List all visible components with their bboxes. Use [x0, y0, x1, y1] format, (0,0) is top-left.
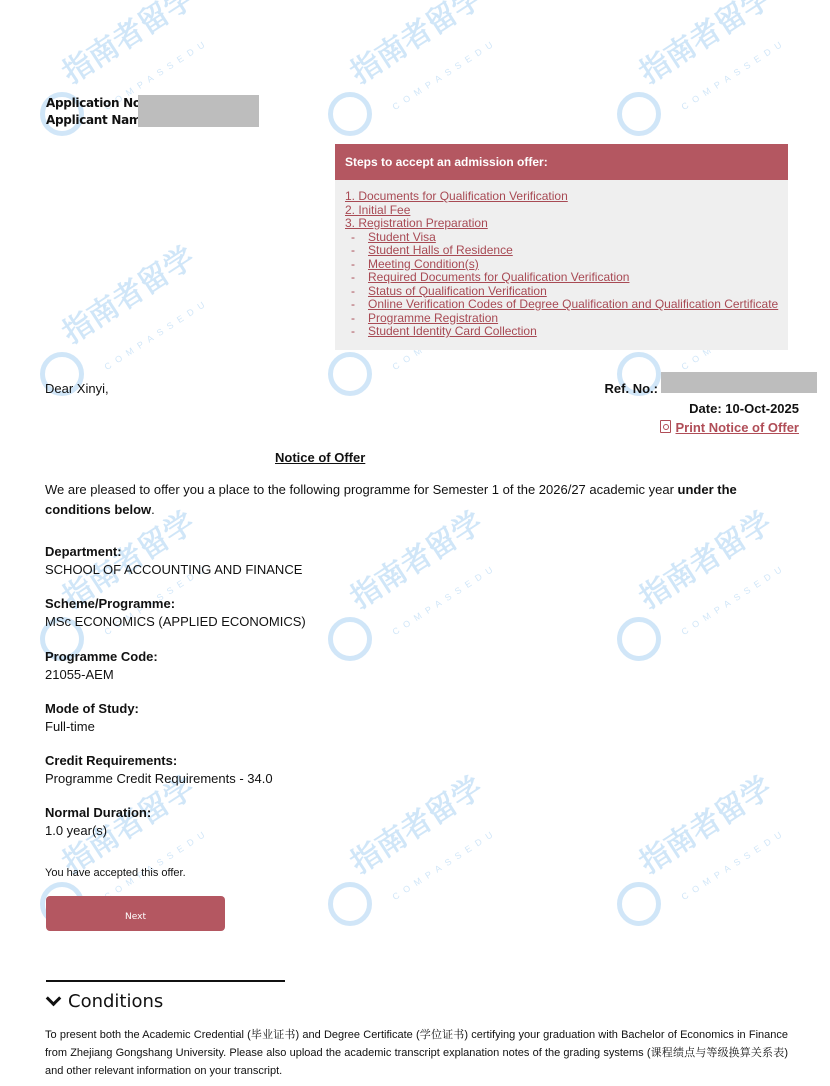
steps-panel: Steps to accept an admission offer: 1. D…: [335, 144, 788, 350]
ref-no-label: Ref. No.:: [605, 381, 658, 396]
offer-intro: We are pleased to offer you a place to t…: [45, 480, 790, 520]
bullet-dash: -: [345, 298, 368, 312]
watermark-circle-icon: [328, 92, 372, 136]
field-value: Full-time: [45, 718, 306, 736]
application-no-label: Application No.:: [46, 95, 150, 112]
section-divider: [46, 980, 285, 982]
step-link-required-documents[interactable]: Required Documents for Qualification Ver…: [368, 271, 629, 285]
bullet-dash: -: [345, 285, 368, 299]
salutation: Dear Xinyi,: [45, 381, 109, 396]
field-department: Department: SCHOOL OF ACCOUNTING AND FIN…: [45, 543, 306, 595]
field-credit-requirements: Credit Requirements: Programme Credit Re…: [45, 752, 306, 804]
watermark-circle-icon: [617, 617, 661, 661]
field-label: Scheme/Programme:: [45, 595, 306, 613]
bullet-dash: -: [345, 231, 368, 245]
watermark-logo: 指南者留学COMPASSEDU: [617, 30, 807, 150]
field-value: 1.0 year(s): [45, 822, 306, 840]
next-button[interactable]: Next: [46, 896, 225, 931]
watermark-logo: 指南者留学COMPASSEDU: [40, 30, 230, 150]
watermark-en-text: COMPASSEDU: [391, 36, 500, 112]
bullet-dash: -: [345, 244, 368, 258]
field-label: Department:: [45, 543, 306, 561]
watermark-cn-text: 指南者留学: [52, 0, 202, 92]
step-link-online-verification-codes[interactable]: Online Verification Codes of Degree Qual…: [368, 298, 778, 312]
applicant-name-label: Applicant Name: [46, 112, 150, 129]
watermark-circle-icon: [328, 882, 372, 926]
watermark-circle-icon: [617, 92, 661, 136]
field-value: 21055-AEM: [45, 666, 306, 684]
watermark-cn-text: 指南者留学: [52, 233, 202, 352]
step-link-qualification-documents[interactable]: 1. Documents for Qualification Verificat…: [345, 189, 568, 203]
watermark-circle-icon: [617, 882, 661, 926]
watermark-cn-text: 指南者留学: [629, 763, 779, 882]
steps-list: 1. Documents for Qualification Verificat…: [335, 180, 788, 339]
accepted-status: You have accepted this offer.: [45, 867, 186, 879]
bullet-dash: -: [345, 258, 368, 272]
programme-details: Department: SCHOOL OF ACCOUNTING AND FIN…: [45, 543, 306, 857]
field-programme-code: Programme Code: 21055-AEM: [45, 648, 306, 700]
applicant-info: Application No.: Applicant Name: [46, 95, 150, 129]
watermark-en-text: COMPASSEDU: [680, 36, 789, 112]
watermark-logo: 指南者留学COMPASSEDU: [617, 555, 807, 675]
chevron-down-icon: [46, 991, 62, 1007]
watermark-cn-text: 指南者留学: [340, 0, 490, 92]
notice-title: Notice of Offer: [275, 450, 365, 465]
conditions-text: To present both the Academic Credential …: [45, 1026, 788, 1080]
field-normal-duration: Normal Duration: 1.0 year(s): [45, 804, 306, 856]
redacted-applicant-details: [138, 95, 259, 127]
field-label: Mode of Study:: [45, 700, 306, 718]
watermark-circle-icon: [328, 352, 372, 396]
watermark-cn-text: 指南者留学: [340, 763, 490, 882]
watermark-circle-icon: [328, 617, 372, 661]
print-notice-label: Print Notice of Offer: [675, 420, 799, 435]
watermark-logo: 指南者留学COMPASSEDU: [328, 30, 518, 150]
bullet-dash: -: [345, 312, 368, 326]
watermark-en-text: COMPASSEDU: [680, 826, 789, 902]
watermark-logo: 指南者留学COMPASSEDU: [328, 555, 518, 675]
conditions-toggle[interactable]: Conditions: [45, 991, 163, 1012]
redacted-ref-no: [661, 372, 817, 393]
field-label: Programme Code:: [45, 648, 306, 666]
intro-end: .: [151, 502, 155, 517]
step-link-initial-fee[interactable]: 2. Initial Fee: [345, 203, 410, 217]
offer-date: Date: 10-Oct-2025: [689, 401, 799, 416]
bullet-dash: -: [345, 271, 368, 285]
step-link-verification-status[interactable]: Status of Qualification Verification: [368, 285, 547, 299]
watermark-en-text: COMPASSEDU: [680, 561, 789, 637]
step-link-student-visa[interactable]: Student Visa: [368, 231, 436, 245]
watermark-cn-text: 指南者留学: [629, 0, 779, 92]
step-link-id-card-collection[interactable]: Student Identity Card Collection: [368, 325, 537, 339]
watermark-en-text: COMPASSEDU: [391, 561, 500, 637]
field-value: SCHOOL OF ACCOUNTING AND FINANCE: [45, 561, 306, 579]
conditions-heading: Conditions: [68, 991, 163, 1012]
pdf-icon: [660, 420, 671, 433]
field-programme: Scheme/Programme: MSc ECONOMICS (APPLIED…: [45, 595, 306, 647]
step-link-registration-preparation[interactable]: 3. Registration Preparation: [345, 216, 488, 230]
steps-title: Steps to accept an admission offer:: [335, 144, 788, 180]
watermark-en-text: COMPASSEDU: [391, 826, 500, 902]
watermark-logo: 指南者留学COMPASSEDU: [617, 820, 807, 940]
field-value: Programme Credit Requirements - 34.0: [45, 770, 306, 788]
step-link-programme-registration[interactable]: Programme Registration: [368, 312, 498, 326]
field-mode-of-study: Mode of Study: Full-time: [45, 700, 306, 752]
watermark-en-text: COMPASSEDU: [103, 296, 212, 372]
step-link-halls-of-residence[interactable]: Student Halls of Residence: [368, 244, 513, 258]
field-label: Normal Duration:: [45, 804, 306, 822]
field-label: Credit Requirements:: [45, 752, 306, 770]
field-value: MSc ECONOMICS (APPLIED ECONOMICS): [45, 613, 306, 631]
step-link-meeting-conditions[interactable]: Meeting Condition(s): [368, 258, 479, 272]
watermark-logo: 指南者留学COMPASSEDU: [328, 820, 518, 940]
print-notice-link[interactable]: Print Notice of Offer: [660, 420, 799, 435]
intro-text: We are pleased to offer you a place to t…: [45, 482, 678, 497]
bullet-dash: -: [345, 325, 368, 339]
